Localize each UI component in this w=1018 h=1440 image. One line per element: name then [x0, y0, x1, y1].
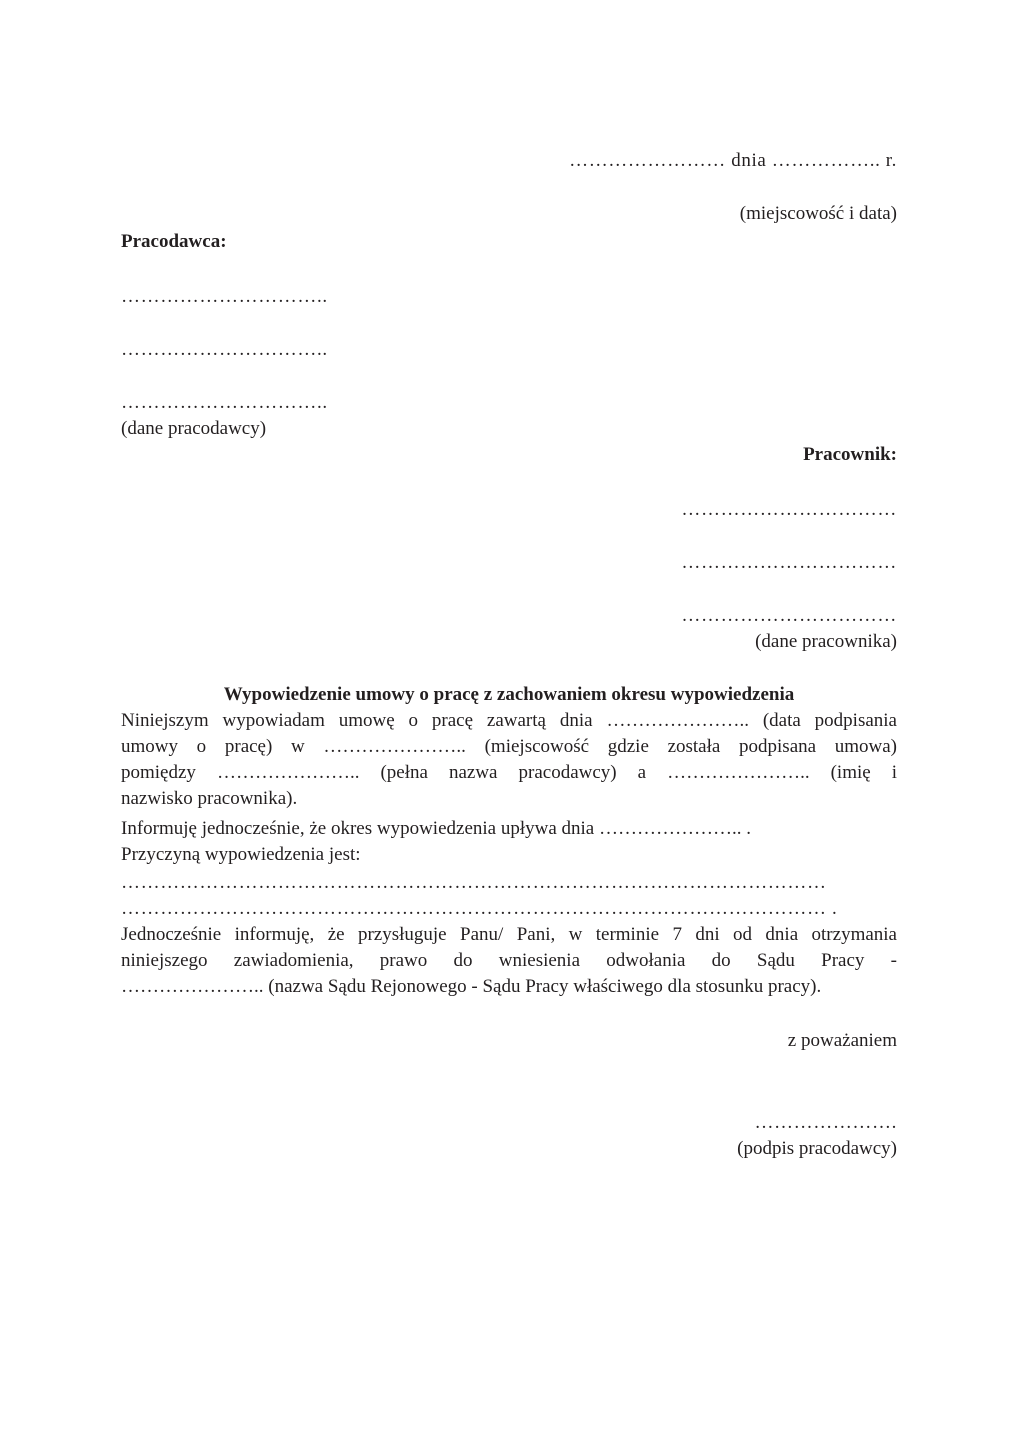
- appeal-paragraph: Jednocześnie informuję, że przysługuje P…: [121, 922, 897, 1000]
- employer-line-3: …………………………..: [121, 390, 328, 416]
- signature-caption: (podpis pracodawcy): [737, 1136, 897, 1162]
- employer-label: Pracodawca:: [121, 229, 227, 255]
- paragraph-line: ………………….. (nazwa Sądu Rejonowego - Sądu …: [121, 974, 897, 1000]
- reason-line-2: ……………………………………………………………………………………………… .: [121, 896, 837, 922]
- employer-line-2: …………………………..: [121, 337, 328, 363]
- document-title: Wypowiedzenie umowy o pracę z zachowanie…: [121, 682, 897, 708]
- termination-paragraph: Niniejszym wypowiadam umowę o pracę zawa…: [121, 708, 897, 812]
- closing-salutation: z poważaniem: [788, 1028, 897, 1054]
- place-date-field: …………………… dnia …………….. r.: [569, 148, 897, 174]
- document-page: …………………… dnia …………….. r. (miejscowość i …: [0, 0, 1018, 1440]
- signature-line: ………………….: [754, 1110, 897, 1136]
- notice-end-line: Informuję jednocześnie, że okres wypowie…: [121, 816, 751, 842]
- employee-caption: (dane pracownika): [755, 629, 897, 655]
- paragraph-line: Jednocześnie informuję, że przysługuje P…: [121, 922, 897, 948]
- place-date-caption: (miejscowość i data): [740, 201, 897, 227]
- employer-line-1: …………………………..: [121, 284, 328, 310]
- employee-line-1: ……………………………: [681, 497, 897, 523]
- employer-caption: (dane pracodawcy): [121, 416, 266, 442]
- employee-line-3: ……………………………: [681, 603, 897, 629]
- employee-line-2: ……………………………: [681, 550, 897, 576]
- reason-line-1: ………………………………………………………………………………………………: [121, 870, 827, 896]
- paragraph-line: umowy o pracę) w ………………….. (miejscowość …: [121, 734, 897, 760]
- paragraph-line: Niniejszym wypowiadam umowę o pracę zawa…: [121, 708, 897, 734]
- paragraph-line: niniejszego zawiadomienia, prawo do wnie…: [121, 948, 897, 974]
- reason-label: Przyczyną wypowiedzenia jest:: [121, 842, 361, 868]
- paragraph-line: nazwisko pracownika).: [121, 786, 897, 812]
- employee-label: Pracownik:: [803, 442, 897, 468]
- paragraph-line: pomiędzy ………………….. (pełna nazwa pracodaw…: [121, 760, 897, 786]
